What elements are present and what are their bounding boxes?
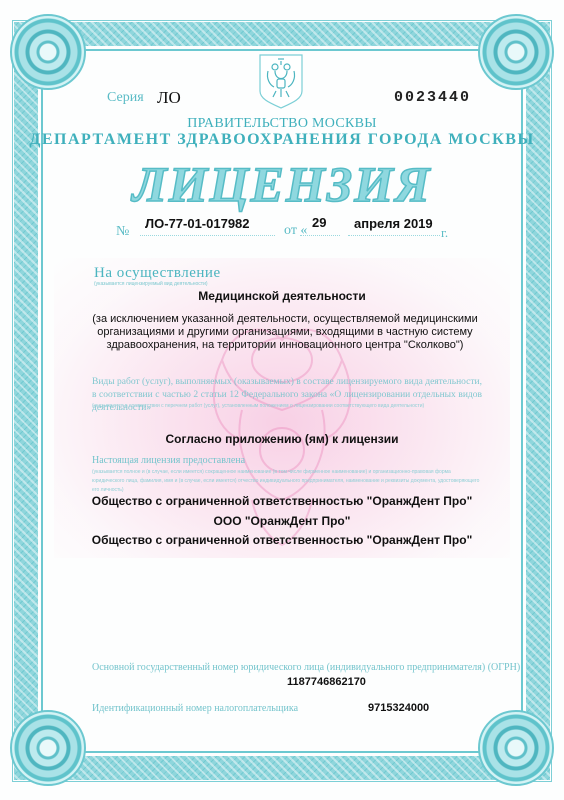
corner-rosette-icon	[10, 710, 86, 786]
day-underline	[300, 235, 340, 236]
series-label: Серия	[107, 90, 144, 106]
russian-coat-of-arms-icon	[258, 53, 304, 109]
licensee-full-name: Общество с ограниченной ответственностью…	[0, 494, 564, 508]
authority-name: ПРАВИТЕЛЬСТВО МОСКВЫ	[0, 116, 564, 132]
issue-month-year: апреля 2019	[354, 216, 433, 231]
purpose-hint: (указывается лицензируемый вид деятельно…	[94, 281, 208, 287]
works-hint: (указываются в соответствии с перечнем р…	[92, 403, 482, 409]
ogrn-value: 1187746862170	[287, 676, 366, 688]
department-name: ДЕПАРТАМЕНТ ЗДРАВООХРАНЕНИЯ ГОРОДА МОСКВ…	[0, 131, 564, 149]
number-sign: №	[116, 224, 129, 240]
series-value: ЛО	[157, 88, 181, 108]
licensee-firm-name: Общество с ограниченной ответственностью…	[0, 533, 564, 547]
corner-rosette-icon	[478, 710, 554, 786]
purpose-label: На осуществление	[94, 265, 221, 282]
license-document: Серия ЛО 0023440 ПРАВИТЕЛЬСТВО МОСКВЫ ДЕ…	[0, 0, 564, 800]
issue-day: 29	[312, 215, 326, 230]
year-suffix: г.	[441, 225, 448, 241]
date-from-label: от «	[284, 223, 307, 239]
activity-note: (за исключением указанной деятельности, …	[75, 313, 495, 352]
granted-hint: (указывается полное и (в случае, если им…	[92, 468, 482, 495]
ogrn-label: Основной государственный номер юридическ…	[92, 662, 520, 673]
works-description: Виды работ (услуг), выполняемых (оказыва…	[92, 376, 482, 415]
license-number: ЛО-77-01-017982	[145, 216, 250, 231]
inn-label: Идентификационный номер налогоплательщик…	[92, 703, 298, 714]
activity-type: Медицинской деятельности	[0, 289, 564, 303]
granted-label: Настоящая лицензия предоставлена	[92, 455, 482, 467]
licensee-short-name: ООО "ОранжДент Про"	[0, 514, 564, 528]
corner-rosette-icon	[10, 14, 86, 90]
month-underline	[348, 235, 440, 236]
inn-value: 9715324000	[368, 702, 429, 714]
corner-rosette-icon	[478, 14, 554, 90]
appendix-reference: Согласно приложению (ям) к лицензии	[0, 432, 564, 446]
number-underline	[140, 235, 275, 236]
serial-number: 0023440	[394, 89, 471, 106]
document-title: ЛИЦЕНЗИЯ	[0, 155, 564, 213]
